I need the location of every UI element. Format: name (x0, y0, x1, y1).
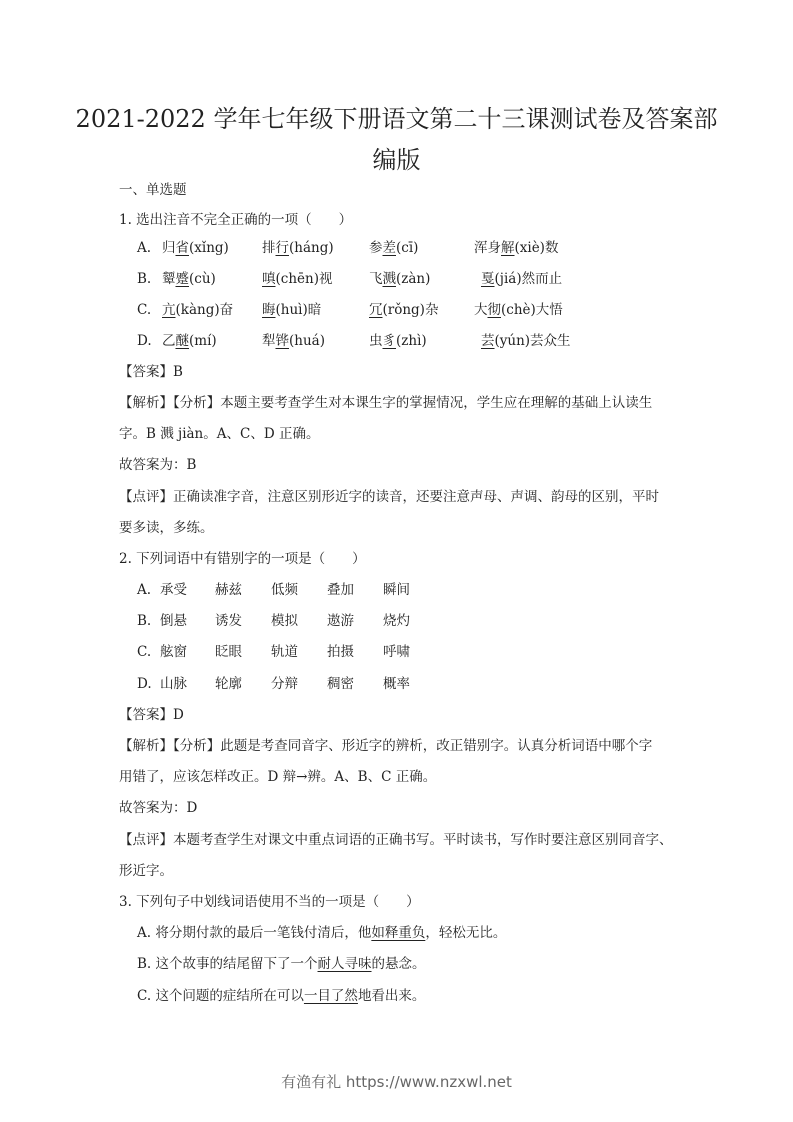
option-word: 山脉 (160, 675, 187, 693)
q1-stem: 1. 选出注音不完全正确的一项（ ） (119, 211, 352, 229)
option-item: 参差(cī) (369, 239, 418, 257)
option-word: 分辩 (271, 675, 298, 693)
option-label: D. (137, 332, 152, 350)
option-label: C. (137, 643, 151, 661)
option-item: 晦(huì)暗 (262, 301, 321, 319)
option-item: 虫豸(zhì) (369, 332, 427, 350)
option-item: 嗔(chēn)视 (262, 270, 332, 288)
q3-option-a: A. 将分期付款的最后一笔钱付清后，他如释重负，轻松无比。 (137, 924, 506, 942)
q1-analysis-line1: 【解析】【分析】本题主要考查学生对本课生字的掌握情况，学生应在理解的基础上认读生 (119, 394, 652, 412)
option-word: 承受 (160, 581, 187, 599)
option-label: A. (137, 239, 151, 257)
option-word: 低频 (271, 581, 298, 599)
option-item: 芸(yún)芸众生 (481, 332, 571, 350)
option-word: 烧灼 (383, 612, 410, 630)
q1-analysis-line2: 字。B 溅 jiàn。A、C、D 正确。 (119, 425, 319, 443)
q3-option-c: C. 这个问题的症结所在可以一目了然地看出来。 (137, 987, 425, 1005)
q1-comment-line2: 要多读，多练。 (119, 519, 214, 537)
option-word: 遨游 (327, 612, 354, 630)
option-word: 眨眼 (215, 643, 242, 661)
option-label: B. (137, 270, 151, 288)
option-item: 颦蹙(cù) (162, 270, 216, 288)
option-word: 赫兹 (215, 581, 242, 599)
document-title-line1: 2021-2022 学年七年级下册语文第二十三课测试卷及答案部 (0, 104, 793, 134)
q1-answer: 【答案】B (119, 363, 183, 381)
option-item: 戛(jiá)然而止 (481, 270, 562, 288)
option-item: 乙醚(mí) (162, 332, 217, 350)
option-item: 排行(háng) (262, 239, 334, 257)
q1-comment-line1: 【点评】正确读准字音，注意区别形近字的读音，还要注意声母、声调、韵母的区别，平时 (119, 488, 659, 506)
option-label: D. (137, 675, 152, 693)
option-item: 冗(rǒng)杂 (369, 301, 438, 319)
option-label: C. (137, 301, 151, 319)
q2-stem: 2. 下列词语中有错别字的一项是（ ） (119, 550, 366, 568)
option-item: 飞溅(zàn) (369, 270, 430, 288)
option-label: B. (137, 612, 151, 630)
q2-conclusion: 故答案为：D (119, 799, 197, 817)
option-word: 叠加 (327, 581, 354, 599)
option-item: 犁铧(huá) (262, 332, 325, 350)
document-title-line2: 编版 (0, 145, 793, 175)
option-label: A. (137, 581, 151, 599)
option-word: 诱发 (215, 612, 242, 630)
q1-conclusion: 故答案为：B (119, 456, 196, 474)
q2-analysis-line2: 用错了，应该怎样改正。D 辩→辨。A、B、C 正确。 (119, 768, 436, 786)
q2-analysis-line1: 【解析】【分析】此题是考查同音字、形近字的辨析，改正错别字。认真分析词语中哪个字 (119, 737, 652, 755)
option-word: 模拟 (271, 612, 298, 630)
option-word: 瞬间 (383, 581, 410, 599)
option-word: 轨道 (271, 643, 298, 661)
option-item: 归省(xǐng) (162, 239, 229, 257)
option-word: 拍摄 (327, 643, 354, 661)
option-word: 概率 (383, 675, 410, 693)
option-word: 轮廓 (215, 675, 242, 693)
q2-answer: 【答案】D (119, 706, 184, 724)
q3-option-b: B. 这个故事的结尾留下了一个耐人寻味的悬念。 (137, 955, 426, 973)
option-word: 呼啸 (383, 643, 410, 661)
q2-comment-line1: 【点评】本题考查学生对课文中重点词语的正确书写。平时读书，写作时要注意区别同音字… (119, 831, 673, 849)
option-word: 舷窗 (160, 643, 187, 661)
option-item: 亢(kàng)奋 (162, 301, 233, 319)
q2-comment-line2: 形近字。 (119, 862, 173, 880)
option-word: 稠密 (327, 675, 354, 693)
option-word: 倒悬 (160, 612, 187, 630)
q3-stem: 3. 下列句子中划线词语使用不当的一项是（ ） (119, 893, 420, 911)
section-heading: 一、单选题 (119, 181, 187, 199)
option-item: 浑身解(xiè)数 (474, 239, 558, 257)
footer-watermark: 有渔有礼 https://www.nzxwl.net (0, 1071, 793, 1092)
option-item: 大彻(chè)大悟 (474, 301, 563, 319)
